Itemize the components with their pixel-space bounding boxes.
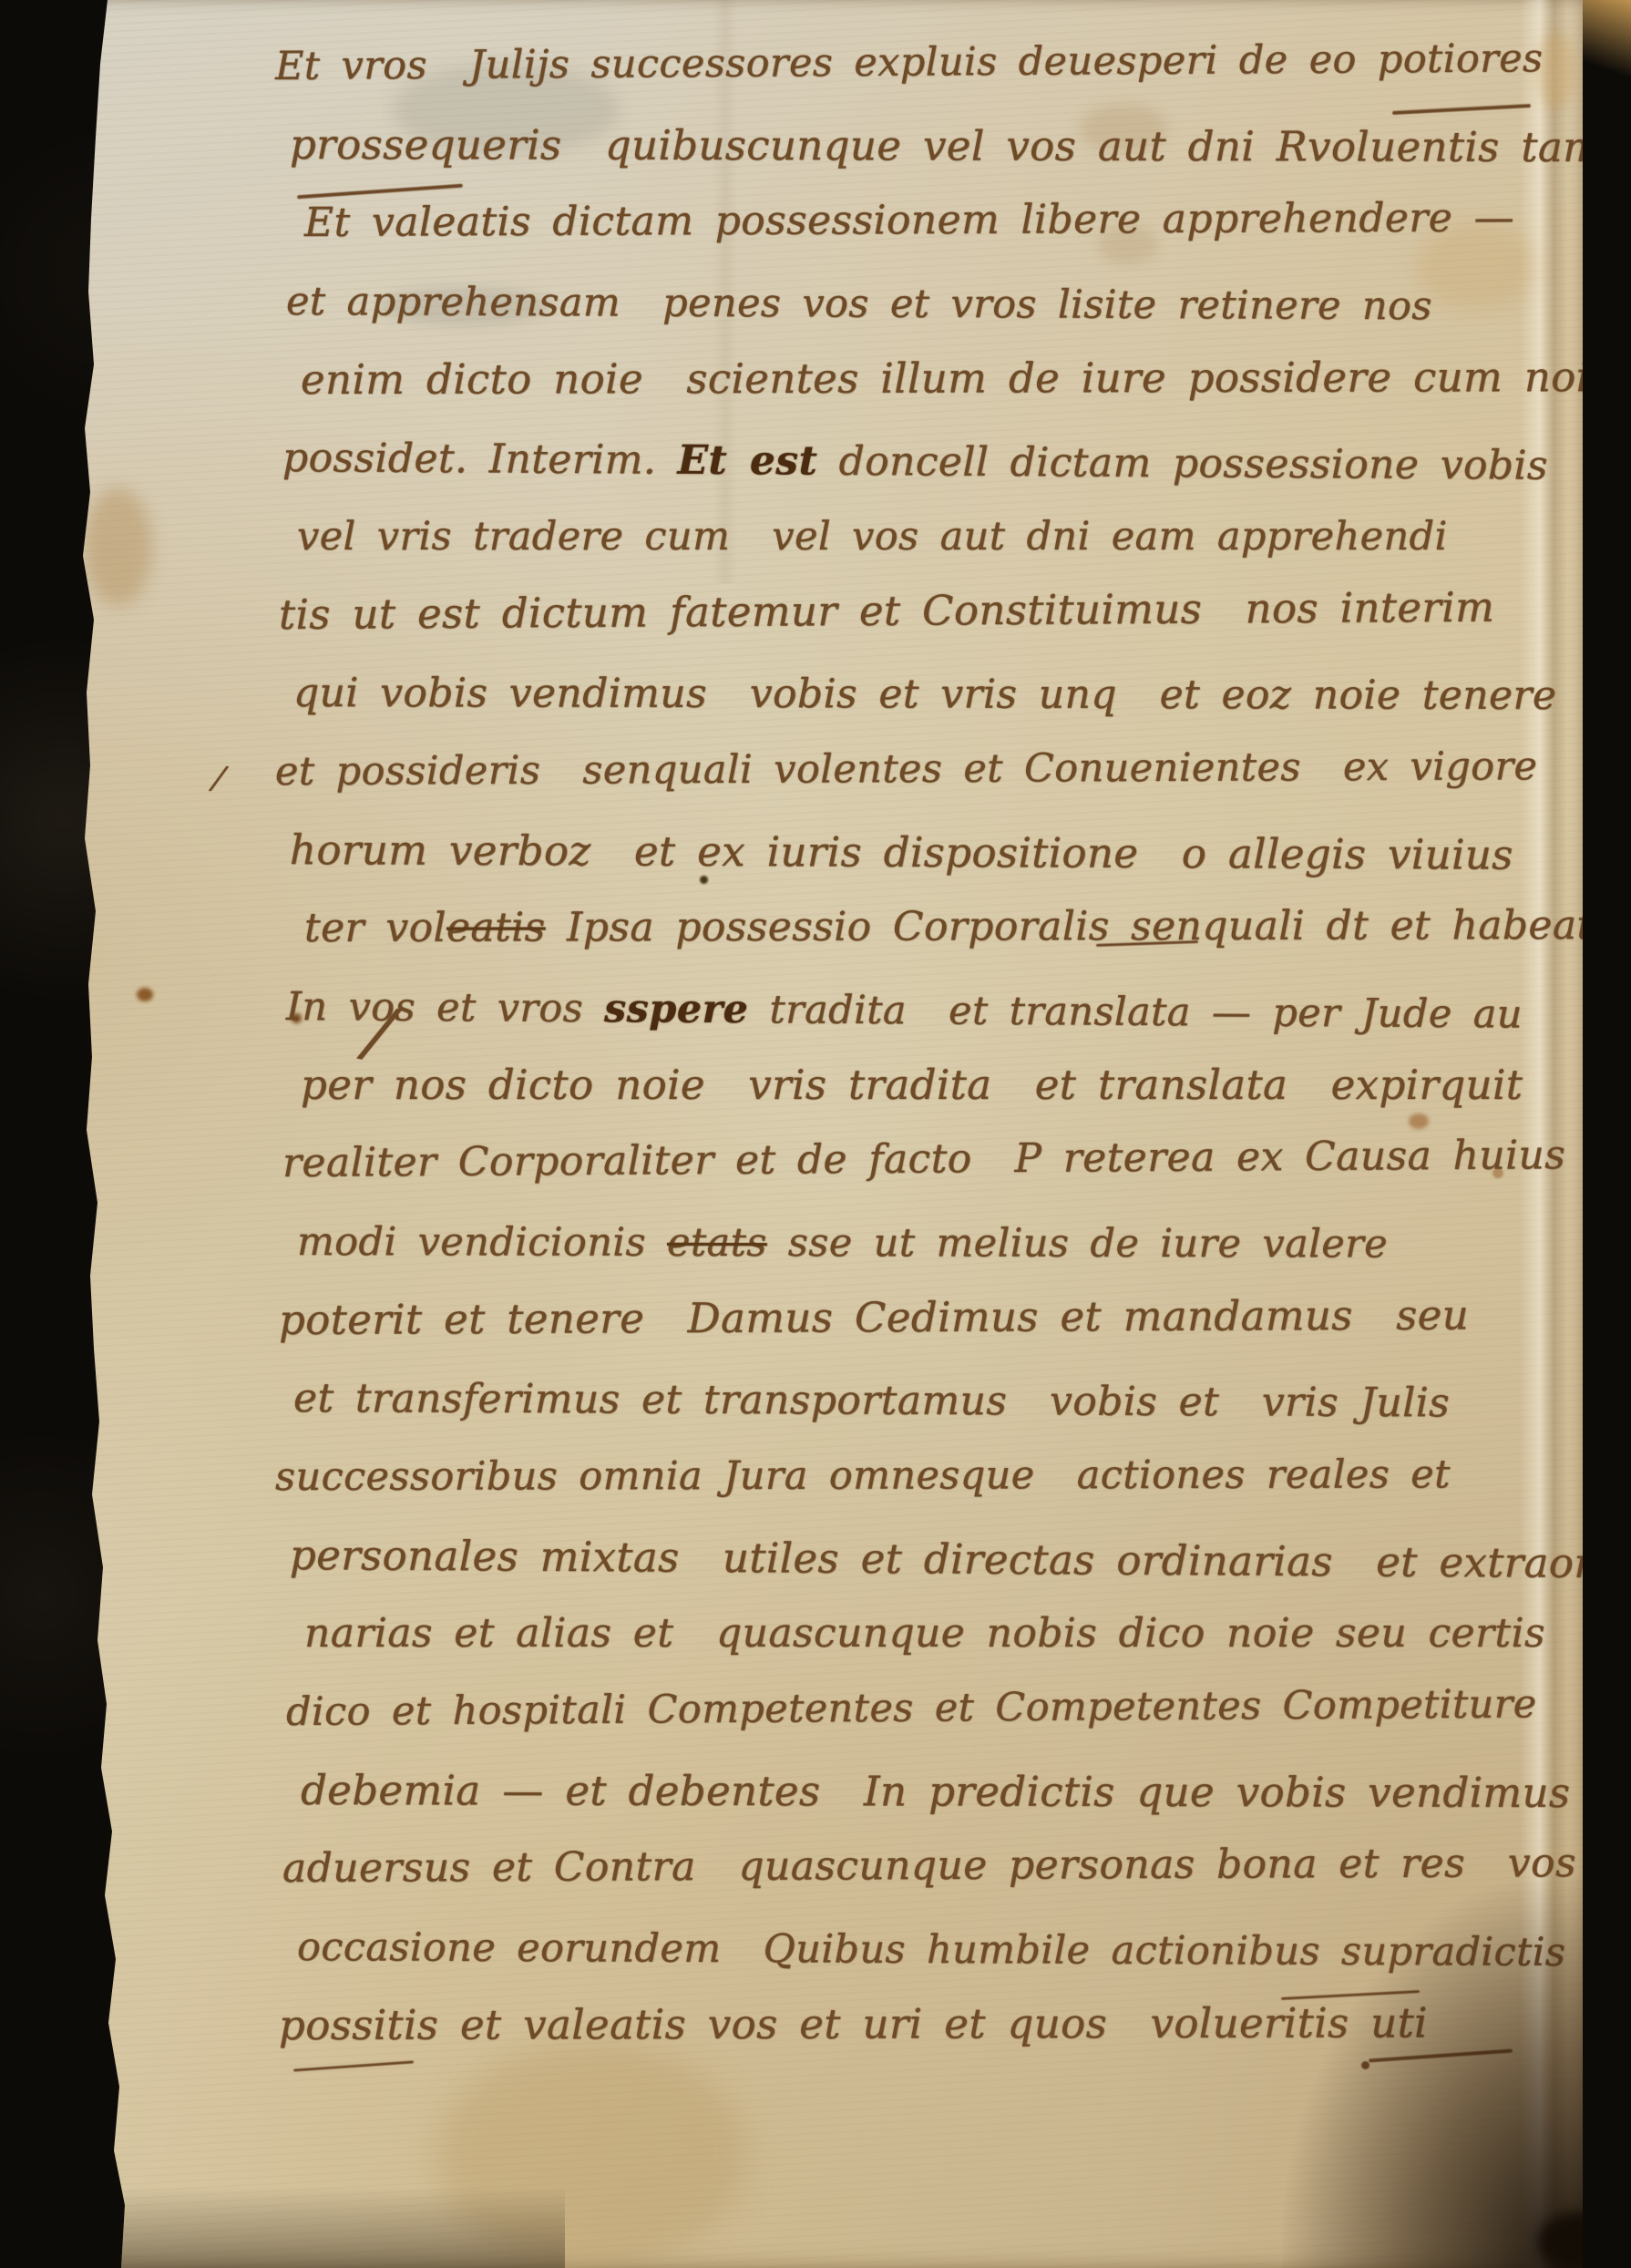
line-text: realiter Corporaliter et de facto P rete… — [282, 1132, 1566, 1186]
line-text: et transferimus et transportamus vobis e… — [293, 1375, 1450, 1426]
manuscript-line: et transferimus et transportamus vobis e… — [293, 1360, 1574, 1443]
manuscript-line: successoribus omnia Jura omnesque action… — [275, 1435, 1555, 1516]
struck-word: eatis — [446, 904, 546, 950]
line-text: narias et alias et quascunque nobis dico… — [304, 1610, 1545, 1657]
line-text: prossequeris quibuscunque vel vos aut dn… — [290, 120, 1631, 171]
page-edge-top-corner — [1581, 0, 1631, 87]
manuscript-line: Et vros Julijs successores expluis deues… — [275, 19, 1556, 106]
text-block: Et vros Julijs successores expluis deues… — [290, 27, 1570, 2065]
manuscript-line: dico et hospitali Competentes et Compete… — [286, 1665, 1567, 1751]
line-text: enim dicto noie scientes illum de iure p… — [301, 353, 1615, 404]
line-text: tradita et translata — per Jude au — [748, 987, 1523, 1037]
manuscript-line: possidet. Interim. Et est doncell dictam… — [282, 419, 1564, 506]
heavy-ink-word: sspere — [604, 986, 749, 1032]
manuscript-line: In vos et vros sspere tradita et transla… — [286, 968, 1567, 1054]
manuscript-line: per nos dicto noie vris tradita et trans… — [301, 1046, 1581, 1124]
line-text: poterit et tenere Damus Cedimus et manda… — [279, 1291, 1469, 1344]
stain-rust-spot — [137, 988, 153, 1001]
manuscript-line: tis ut est dictum fatemur et Constituimu… — [279, 568, 1560, 654]
line-text: tis ut est dictum fatemur et Constituimu… — [279, 583, 1494, 639]
manuscript-line: qui vobis vendimus vobis et vris unq et … — [293, 654, 1574, 735]
line-text: qui vobis vendimus vobis et vris unq et … — [293, 670, 1556, 719]
line-text: successoribus omnia Jura omnesque action… — [275, 1452, 1451, 1500]
manuscript-line: personales mixtas utiles et directas ord… — [290, 1516, 1571, 1603]
line-text: Et valeatis dictam possessionem libere a… — [304, 194, 1514, 246]
manuscript-line: ter voleatis Ipsa possessio Corporalis s… — [304, 887, 1585, 968]
stain-left-edge — [84, 487, 152, 606]
line-text: Ipsa possessio Corporalis senquali dt et… — [546, 902, 1606, 950]
heavy-ink-word: Et est — [677, 437, 817, 485]
manuscript-line: prossequeris quibuscunque vel vos aut dn… — [290, 106, 1570, 187]
line-text: Et vros Julijs successores expluis deues… — [275, 36, 1544, 89]
line-text: debemia — et debentes In predictis que v… — [301, 1766, 1570, 1817]
manuscript-line: vel vris tradere cum vel vos aut dni eam… — [297, 498, 1577, 576]
bottom-right-shadow — [1282, 1876, 1583, 2268]
manuscript-line: debemia — et debentes In predictis que v… — [301, 1751, 1581, 1832]
manuscript-line: horum verboz et ex iuris dispositione o … — [290, 811, 1570, 895]
manuscript-line: realiter Corporaliter et de facto P rete… — [282, 1116, 1564, 1203]
line-text: et apprehensam penes vos et vros lisite … — [286, 279, 1432, 329]
manuscript-line: enim dicto noie scientes illum de iure p… — [301, 338, 1581, 419]
line-text: horum verboz et ex iuris dispositione o … — [290, 826, 1513, 879]
line-text: personales mixtas utiles et directas ord… — [290, 1531, 1631, 1587]
manuscript-line: narias et alias et quascunque nobis dico… — [304, 1595, 1585, 1673]
manuscript-scan: { "page": { "kind": "Handwritten Latin m… — [0, 0, 1631, 2268]
manuscript-line: modi vendicionis etats sse ut melius de … — [297, 1203, 1577, 1284]
line-text: ter vol — [304, 905, 446, 951]
underlying-page-edges — [1579, 0, 1631, 2268]
line-text: sse ut melius de iure valere — [767, 1220, 1388, 1267]
line-text: possitis et valeatis vos et uri et quos … — [279, 1998, 1428, 2049]
line-text: et possideris senquali volentes et Conue… — [275, 744, 1538, 795]
manuscript-line: et possideris senquali volentes et Conue… — [275, 727, 1555, 811]
line-text: possidet. Interim. — [282, 435, 678, 484]
manuscript-line: poterit et tenere Damus Cedimus et manda… — [279, 1276, 1559, 1360]
bottom-edge-shadow — [0, 2187, 565, 2268]
line-text: dico et hospitali Competentes et Compete… — [286, 1681, 1537, 1735]
manuscript-line: Et valeatis dictam possessionem libere a… — [304, 179, 1585, 262]
manuscript-page: Et vros Julijs successores expluis deues… — [0, 0, 1583, 2268]
margin-tick-mark: / — [210, 759, 227, 797]
manuscript-line: et apprehensam penes vos et vros lisite … — [286, 262, 1566, 346]
line-text: vel vris tradere cum vel vos aut dni eam… — [297, 514, 1448, 559]
line-text: modi vendicionis — [297, 1219, 667, 1266]
line-text: doncell dictam possessione vobis — [817, 438, 1548, 489]
struck-word: etats — [667, 1220, 767, 1266]
line-text: In vos et vros — [286, 984, 604, 1031]
line-text: per nos dicto noie vris tradita et trans… — [301, 1061, 1523, 1109]
